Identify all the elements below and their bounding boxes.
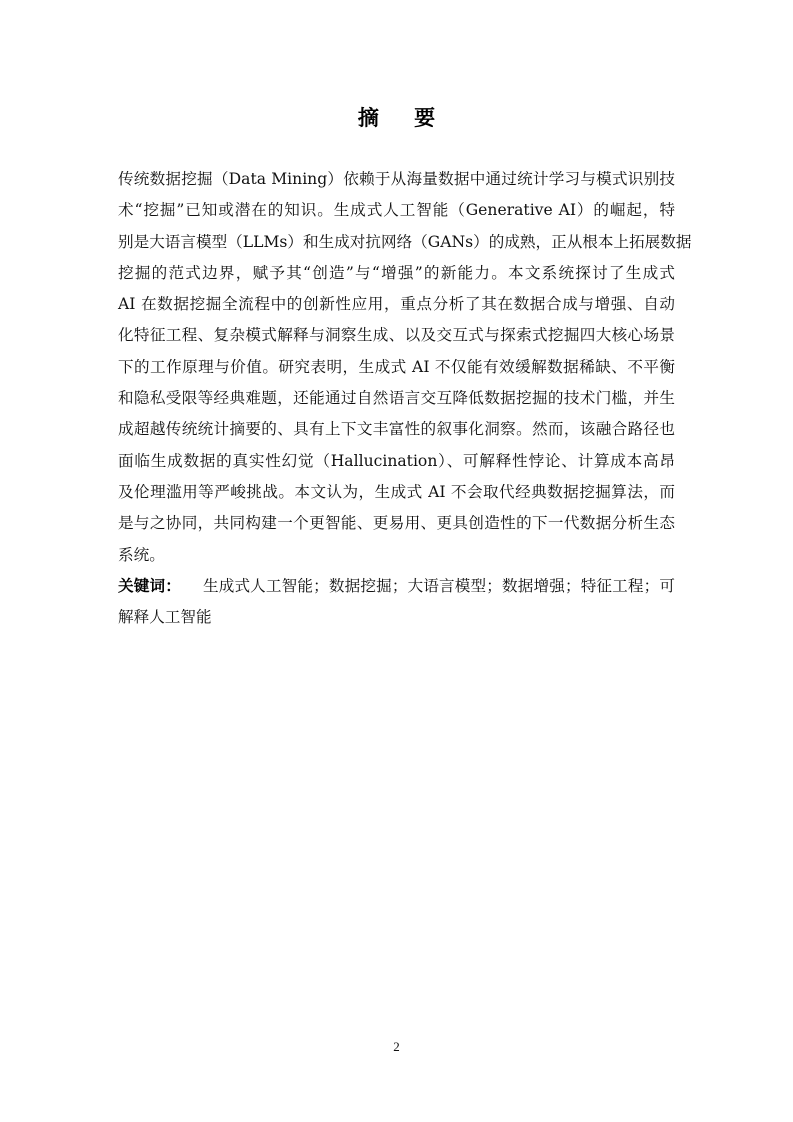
keywords-line: 关键词：生成式人工智能；数据挖掘；大语言模型；数据增强；特征工程；可	[118, 571, 675, 602]
abstract-line: 面临生成数据的真实性幻觉（Hallucination）、可解释性悖论、计算成本高…	[118, 446, 675, 477]
abstract-line: 术“挖掘”已知或潜在的知识。生成式人工智能（Generative AI）的崛起，…	[118, 195, 675, 226]
abstract-line: 和隐私受限等经典难题，还能通过自然语言交互降低数据挖掘的技术门槛，并生	[118, 383, 675, 414]
abstract-line: 化特征工程、复杂模式解释与洞察生成、以及交互式与探索式挖掘四大核心场景	[118, 320, 675, 351]
keywords-text: 生成式人工智能；数据挖掘；大语言模型；数据增强；特征工程；可	[203, 577, 675, 595]
abstract-line: 是与之协同，共同构建一个更智能、更易用、更具创造性的下一代数据分析生态	[118, 508, 675, 539]
page-number: 2	[0, 1039, 793, 1055]
abstract-line: 及伦理滥用等严峻挑战。本文认为，生成式 AI 不会取代经典数据挖掘算法，而	[118, 477, 675, 508]
abstract-line: 系统。	[118, 540, 675, 571]
abstract-line: 别是大语言模型（LLMs）和生成对抗网络（GANs）的成熟，正从根本上拓展数据	[118, 227, 675, 258]
abstract-line: 成超越传统统计摘要的、具有上下文丰富性的叙事化洞察。然而，该融合路径也	[118, 414, 675, 445]
keywords-line-continued: 解释人工智能	[118, 602, 675, 633]
abstract-line: 下的工作原理与价值。研究表明，生成式 AI 不仅能有效缓解数据稀缺、不平衡	[118, 352, 675, 383]
abstract-line: 传统数据挖掘（Data Mining）依赖于从海量数据中通过统计学习与模式识别技	[118, 164, 675, 195]
abstract-line: 挖掘的范式边界，赋予其“创造”与“增强”的新能力。本文系统探讨了生成式	[118, 258, 675, 289]
abstract-body: 传统数据挖掘（Data Mining）依赖于从海量数据中通过统计学习与模式识别技…	[118, 164, 675, 633]
page-title: 摘 要	[0, 102, 793, 132]
abstract-line: AI 在数据挖掘全流程中的创新性应用，重点分析了其在数据合成与增强、自动	[118, 289, 675, 320]
keywords-label: 关键词：	[118, 577, 181, 595]
